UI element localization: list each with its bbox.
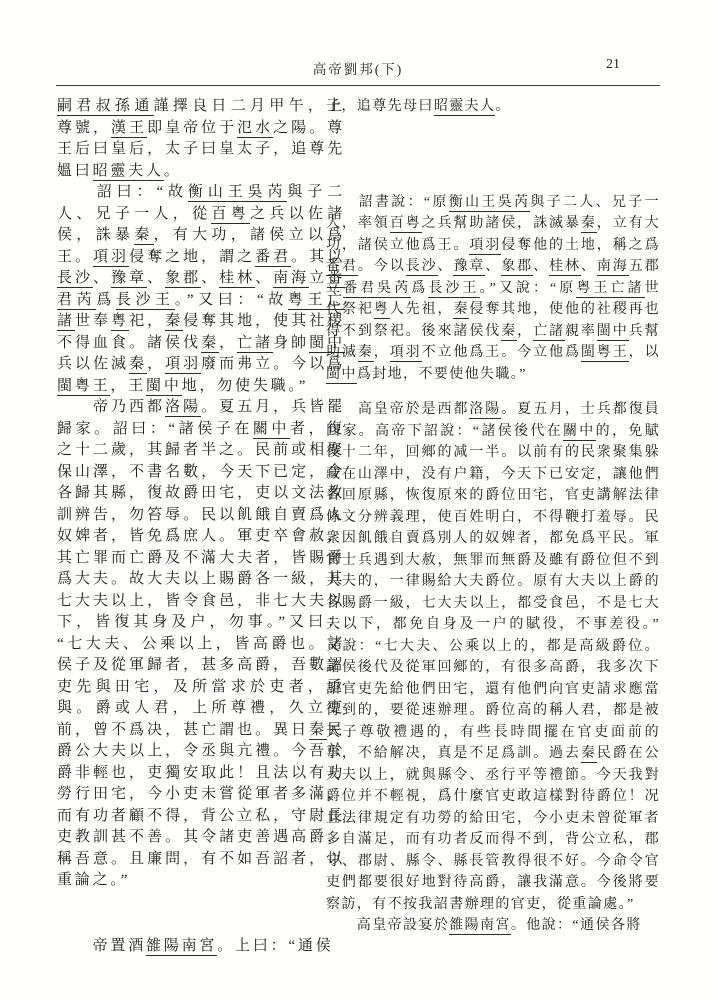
proper-noun-underline: 長沙王 bbox=[428, 281, 479, 298]
proper-noun-underline: 亡諸 bbox=[610, 281, 644, 298]
paragraph: 高皇帝設宴於雒陽南宮。他說：“通侯各將 bbox=[326, 915, 660, 937]
text-line: 吏先與田宅，及所當求於吏者，亟 bbox=[57, 677, 345, 699]
text-line: 天子尊敬禮遇的，有些長時間擺在官吏面前的 bbox=[326, 722, 660, 744]
text-line: 媼曰昭靈夫人。 bbox=[57, 161, 345, 183]
paragraph: 帝置酒雒陽南宮。上曰：“通侯 bbox=[57, 936, 345, 958]
proper-noun-underline: 吳芮 bbox=[248, 184, 288, 202]
proper-noun-underline: 氾水 bbox=[237, 120, 273, 138]
proper-noun-underline: 昭靈夫人 bbox=[93, 163, 164, 181]
text-line: 詔書說：“原衡山王吳芮與子二人、兄子一 bbox=[326, 192, 660, 214]
text-line: 諸世奉粤祀，秦侵奪其地，使其社稷 bbox=[57, 311, 345, 333]
proper-noun-underline: 閩中 bbox=[597, 324, 629, 341]
proper-noun-underline: 長沙王 bbox=[116, 292, 175, 310]
proper-noun-underline: 番君 bbox=[255, 249, 291, 267]
text-line: 役十二年，回鄉的减一半。以前有的民衆聚集躲 bbox=[326, 442, 660, 464]
text-line: 長沙、豫章、象郡、桂林、南海立番 bbox=[57, 268, 345, 290]
proper-noun-underline: 粤王 bbox=[288, 292, 327, 310]
text-line: 稱吾意。且廉問，有不如吾詔者，以 bbox=[57, 849, 345, 871]
proper-noun-underline: 象郡 bbox=[165, 270, 201, 288]
text-line: 且法律規定有功勞的給田宅，今小吏未曾從軍者 bbox=[326, 808, 660, 830]
text-line: “七大夫、公乘以上，皆高爵也。諸 bbox=[57, 634, 345, 656]
proper-noun-underline: 南宮 bbox=[182, 938, 218, 956]
text-line: 侯子及從軍歸者，甚多高爵，吾數詔 bbox=[57, 655, 345, 677]
text-line: 守、郡尉、縣令、縣長管教得很不好。今命令官 bbox=[326, 851, 660, 873]
proper-noun-underline: 閩粤王 bbox=[581, 345, 629, 362]
proper-noun-underline: 雒陽 bbox=[449, 918, 480, 935]
proper-noun-underline: 豫章 bbox=[453, 259, 485, 276]
proper-noun-underline: 粤王 bbox=[576, 281, 610, 298]
proper-noun-underline: 洛陽 bbox=[165, 399, 201, 417]
proper-noun-underline: 雒陽 bbox=[146, 938, 182, 956]
text-line: 又說：“七大夫、公乘以上的，都是高級爵位。 bbox=[326, 636, 660, 658]
text-line: 帝乃西都洛陽。夏五月，兵皆罷 bbox=[57, 397, 345, 419]
text-line: 詔曰：“故衡山王吳芮與子二 bbox=[57, 182, 345, 204]
text-line: 條文分辨義理，使百姓明白，不得鞭打羞辱。民 bbox=[326, 507, 660, 529]
proper-noun-underline: 諸 bbox=[57, 313, 75, 331]
text-line: 爵公大夫以上，令丞與亢禮。今吾於 bbox=[57, 741, 345, 763]
proper-noun-underline: 項羽 bbox=[93, 249, 129, 267]
text-line: 人，率領百粤之兵幫助諸侯，誅滅暴秦，立有大 bbox=[326, 213, 660, 235]
paragraph: 高皇帝於是西都洛陽。夏五月，士兵都復員回家。高帝下詔說：“諸侯後代在關中的，免賦… bbox=[326, 399, 660, 915]
text-line: 助滅秦，項羽不立他爲王。今立他爲閩粤王，以 bbox=[326, 342, 660, 364]
text-line: 尊號，漢王即皇帝位于氾水之陽。尊 bbox=[57, 118, 345, 140]
text-line: 事，不給解决，真是不足爲訓。過去秦民爵在公 bbox=[326, 743, 660, 765]
text-line: 得到的，要從速辦理。爵位高的稱人君，都是被 bbox=[326, 700, 660, 722]
text-line: 奴婢者，皆免爲庶人。軍吏卒會赦， bbox=[57, 526, 345, 548]
proper-noun-underline: 番君 bbox=[343, 281, 377, 298]
proper-noun-underline: 粤 bbox=[374, 302, 390, 319]
text-line: 人、兄子一人，從百粤之兵以佐諸 bbox=[57, 204, 345, 226]
text-line: 察訪，有不按我詔書辦理的官吏，從重論處。” bbox=[326, 894, 660, 916]
proper-noun-underline: 長沙 bbox=[406, 259, 438, 276]
proper-noun-underline: 桂林 bbox=[549, 259, 581, 276]
proper-noun-underline: 洛陽 bbox=[469, 402, 501, 419]
text-line: 多自滿足，而有功者反而得不到，背公立私，郡 bbox=[326, 829, 660, 851]
proper-noun-underline: 象郡 bbox=[501, 259, 533, 276]
text-line: 各賜爵一級，七大夫以上，都受食邑，不是七大 bbox=[326, 593, 660, 615]
text-line: 與。爵或人君，上所尊禮，久立吏 bbox=[57, 698, 345, 720]
proper-noun-underline: 南海 bbox=[597, 259, 629, 276]
proper-noun-underline: 秦 bbox=[129, 356, 147, 374]
text-line: 兵以佐滅秦，項羽廢而弗立。今以爲 bbox=[57, 354, 345, 376]
proper-noun-underline: 項羽 bbox=[469, 238, 501, 255]
proper-noun-underline: 粤 bbox=[111, 313, 129, 331]
text-line: 夫以下，都免自身及一户的賦役，不事差役。” bbox=[326, 614, 660, 636]
proper-noun-underline: 亡諸 bbox=[533, 324, 565, 341]
text-line: 下，皆復其身及户，勿事。”又曰： bbox=[57, 612, 345, 634]
proper-noun-underline: 南海 bbox=[273, 270, 309, 288]
paragraph: 帝乃西都洛陽。夏五月，兵皆罷歸家。詔曰：“諸侯子在關中者，復之十二歲，其歸者半之… bbox=[57, 397, 345, 892]
proper-noun-underline: 君芮 bbox=[57, 292, 96, 310]
proper-noun-underline: 閩中 bbox=[146, 378, 182, 396]
text-line: 回家。高帝下詔說：“諸侯後代在關中的，免賦 bbox=[326, 421, 660, 443]
text-line: 爵非輕也，吏獨安取此！且法以有功 bbox=[57, 763, 345, 785]
text-line: 大夫的，一律賜給大夫爵位。原有大夫以上爵的 bbox=[326, 571, 660, 593]
paragraph: 詔曰：“故衡山王吳芮與子二人、兄子一人，從百粤之兵以佐諸侯，誅暴秦，有大功，諸侯… bbox=[57, 182, 345, 397]
page-number: 21 bbox=[560, 57, 620, 73]
text-line: 官士兵遇到大赦，無罪而無爵及雖有爵位但不到 bbox=[326, 550, 660, 572]
proper-noun-underline: 秦 bbox=[358, 345, 374, 362]
paragraph: 子，追尊先母曰昭靈夫人。 bbox=[326, 96, 660, 118]
proper-noun-underline: 閩中 bbox=[326, 367, 357, 384]
proper-noun-underline: 關中 bbox=[563, 424, 596, 441]
text-line: 衆因飢餓自賣爲別人的奴婢者，都免爲平民。軍 bbox=[326, 528, 660, 550]
proper-noun-underline: 叔孫通 bbox=[96, 98, 154, 116]
text-line: 其亡罪而亡爵及不滿大夫者，皆賜爵 bbox=[57, 548, 345, 570]
right-text-column: 子，追尊先母曰昭靈夫人。 詔書說：“原衡山王吳芮與子二人、兄子一人，率領百粤之兵… bbox=[326, 96, 660, 937]
text-line: 大夫以上，就與縣令、丞行平等禮節。今天我對 bbox=[326, 765, 660, 787]
proper-noun-underline: 豫章 bbox=[111, 270, 147, 288]
text-line: 高皇帝於是西都洛陽。夏五月，士兵都復員 bbox=[326, 399, 660, 421]
text-line: 功，諸侯立他爲王。項羽侵奪他的土地，稱之爲 bbox=[326, 235, 660, 257]
text-line: 七大夫以上，皆令食邑，非七大夫以 bbox=[57, 591, 345, 613]
text-line: 藏在山澤中，没有户籍，今天下已安定，讓他們 bbox=[326, 464, 660, 486]
text-line: 子，追尊先母曰昭靈夫人。 bbox=[326, 96, 660, 118]
paragraph: 詔書說：“原衡山王吳芮與子二人、兄子一人，率領百粤之兵幫助諸侯，誅滅暴秦，立有大… bbox=[326, 192, 660, 386]
paragraph: 嗣君叔孫通謹擇良日二月甲午，上尊號，漢王即皇帝位于氾水之陽。尊王后曰皇后，太子曰… bbox=[57, 96, 345, 182]
proper-noun-underline: 吳芮 bbox=[498, 195, 531, 212]
proper-noun-underline: 秦 bbox=[501, 324, 517, 341]
proper-noun-underline: 秦 bbox=[309, 722, 327, 740]
text-line: 各回原縣，恢復原來的爵位田宅，官吏講解法律 bbox=[326, 485, 660, 507]
proper-noun-underline: 衡山王 bbox=[188, 184, 248, 202]
proper-noun-underline: 閩粤王 bbox=[57, 378, 110, 396]
proper-noun-underline: 桂林 bbox=[219, 270, 255, 288]
text-line: 閩粤王，王閩中地，勿使失職。” bbox=[57, 376, 345, 398]
proper-noun-underline: 百粤 bbox=[390, 216, 422, 233]
text-line: 嗣君叔孫通謹擇良日二月甲午，上 bbox=[57, 96, 345, 118]
header-rule bbox=[56, 85, 660, 86]
text-line: 侯，誅暴秦，有大功，諸侯立以爲 bbox=[57, 225, 345, 247]
text-line: 吏們都要很好地對待高爵，讓我滿意。今後將要 bbox=[326, 872, 660, 894]
text-line: 得不到祭祀。後來諸侯伐秦，亡諸親率閩中兵幫 bbox=[326, 321, 660, 343]
text-line: 勞行田宅，今小吏未嘗從軍者多滿， bbox=[57, 784, 345, 806]
text-line: 爲大夫。故大夫以上賜爵各一級，其 bbox=[57, 569, 345, 591]
proper-noun-underline: 漢王 bbox=[111, 120, 147, 138]
proper-noun-underline: 秦 bbox=[134, 227, 153, 245]
proper-noun-underline: 長沙 bbox=[57, 270, 93, 288]
proper-noun-underline: 關中 bbox=[253, 421, 290, 439]
proper-noun-underline: 項羽 bbox=[165, 356, 201, 374]
proper-noun-underline: 衡山王 bbox=[449, 195, 498, 212]
text-line: 之十二歲，其歸者半之。民前或相聚 bbox=[57, 440, 345, 462]
text-line: 吏教訓甚不善。其令諸吏善遇高爵， bbox=[57, 827, 345, 849]
proper-noun-underline: 秦 bbox=[201, 335, 219, 353]
proper-noun-underline: 秦 bbox=[581, 216, 597, 233]
text-line: 重論之。” bbox=[57, 870, 345, 892]
proper-noun-underline: 秦 bbox=[165, 313, 183, 331]
text-line: 而有功者顧不得，背公立私，守尉長 bbox=[57, 806, 345, 828]
proper-noun-underline: 嗣君 bbox=[57, 98, 96, 116]
proper-noun-underline: 吳芮 bbox=[377, 281, 411, 298]
text-line: 前，曾不爲决，甚亡謂也。異日秦民 bbox=[57, 720, 345, 742]
text-line: 君芮爲長沙王。”又曰：“故粤王亡 bbox=[57, 290, 345, 312]
text-line: 保山澤，不書名數，今天下已定，令 bbox=[57, 462, 345, 484]
proper-noun-underline: 番君 bbox=[326, 259, 358, 276]
book-page-scan: 高帝劉邦(下) 21 嗣君叔孫通謹擇良日二月甲午，上尊號，漢王即皇帝位于氾水之陽… bbox=[0, 0, 716, 1000]
text-line: 訓辨告，勿笞辱。民以飢餓自賣爲人 bbox=[57, 505, 345, 527]
proper-noun-underline: 秦 bbox=[453, 302, 469, 319]
text-line: 不得血食。諸侯伐秦，亡諸身帥閩中 bbox=[57, 333, 345, 355]
proper-noun-underline: 南宮 bbox=[480, 918, 511, 935]
text-line: 各歸其縣，復故爵田宅，吏以文法教 bbox=[57, 483, 345, 505]
text-line: 番君。今以長沙、豫章、象郡、桂林、南海五郡 bbox=[326, 256, 660, 278]
text-line: 閩中爲封地，不要使他失職。” bbox=[326, 364, 660, 386]
proper-noun-underline: 昭靈夫人 bbox=[434, 99, 496, 116]
proper-noun-underline: 項羽 bbox=[390, 345, 422, 362]
text-line: 諸侯後代及從軍回鄉的，有很多高爵，我多次下 bbox=[326, 657, 660, 679]
text-line: 詔官吏先給他們田宅，還有他們向官吏請求應當 bbox=[326, 679, 660, 701]
proper-noun-underline: 亡諸 bbox=[237, 335, 273, 353]
proper-noun-underline: 百粤 bbox=[211, 206, 250, 224]
left-text-column: 嗣君叔孫通謹擇良日二月甲午，上尊號，漢王即皇帝位于氾水之陽。尊王后曰皇后，太子曰… bbox=[57, 96, 345, 957]
text-line: 爵位并不輕視，爲什麼官吏敢這樣對待爵位！况 bbox=[326, 786, 660, 808]
text-line: 王。項羽侵奪之地，謂之番君。其以 bbox=[57, 247, 345, 269]
text-line: 王后曰皇后，太子曰皇太子，追尊先 bbox=[57, 139, 345, 161]
text-line: 高皇帝設宴於雒陽南宮。他說：“通侯各將 bbox=[326, 915, 660, 937]
proper-noun-underline: 秦 bbox=[581, 746, 597, 763]
text-line: 立番君吳芮爲長沙王。”又說：“原粤王亡諸世 bbox=[326, 278, 660, 300]
text-line: 帝置酒雒陽南宮。上曰：“通侯 bbox=[57, 936, 345, 958]
text-line: 歸家。詔曰：“諸侯子在關中者，復 bbox=[57, 419, 345, 441]
text-line: 代祭祀粤人先祖，秦侵奪其地，使他的社稷再也 bbox=[326, 299, 660, 321]
